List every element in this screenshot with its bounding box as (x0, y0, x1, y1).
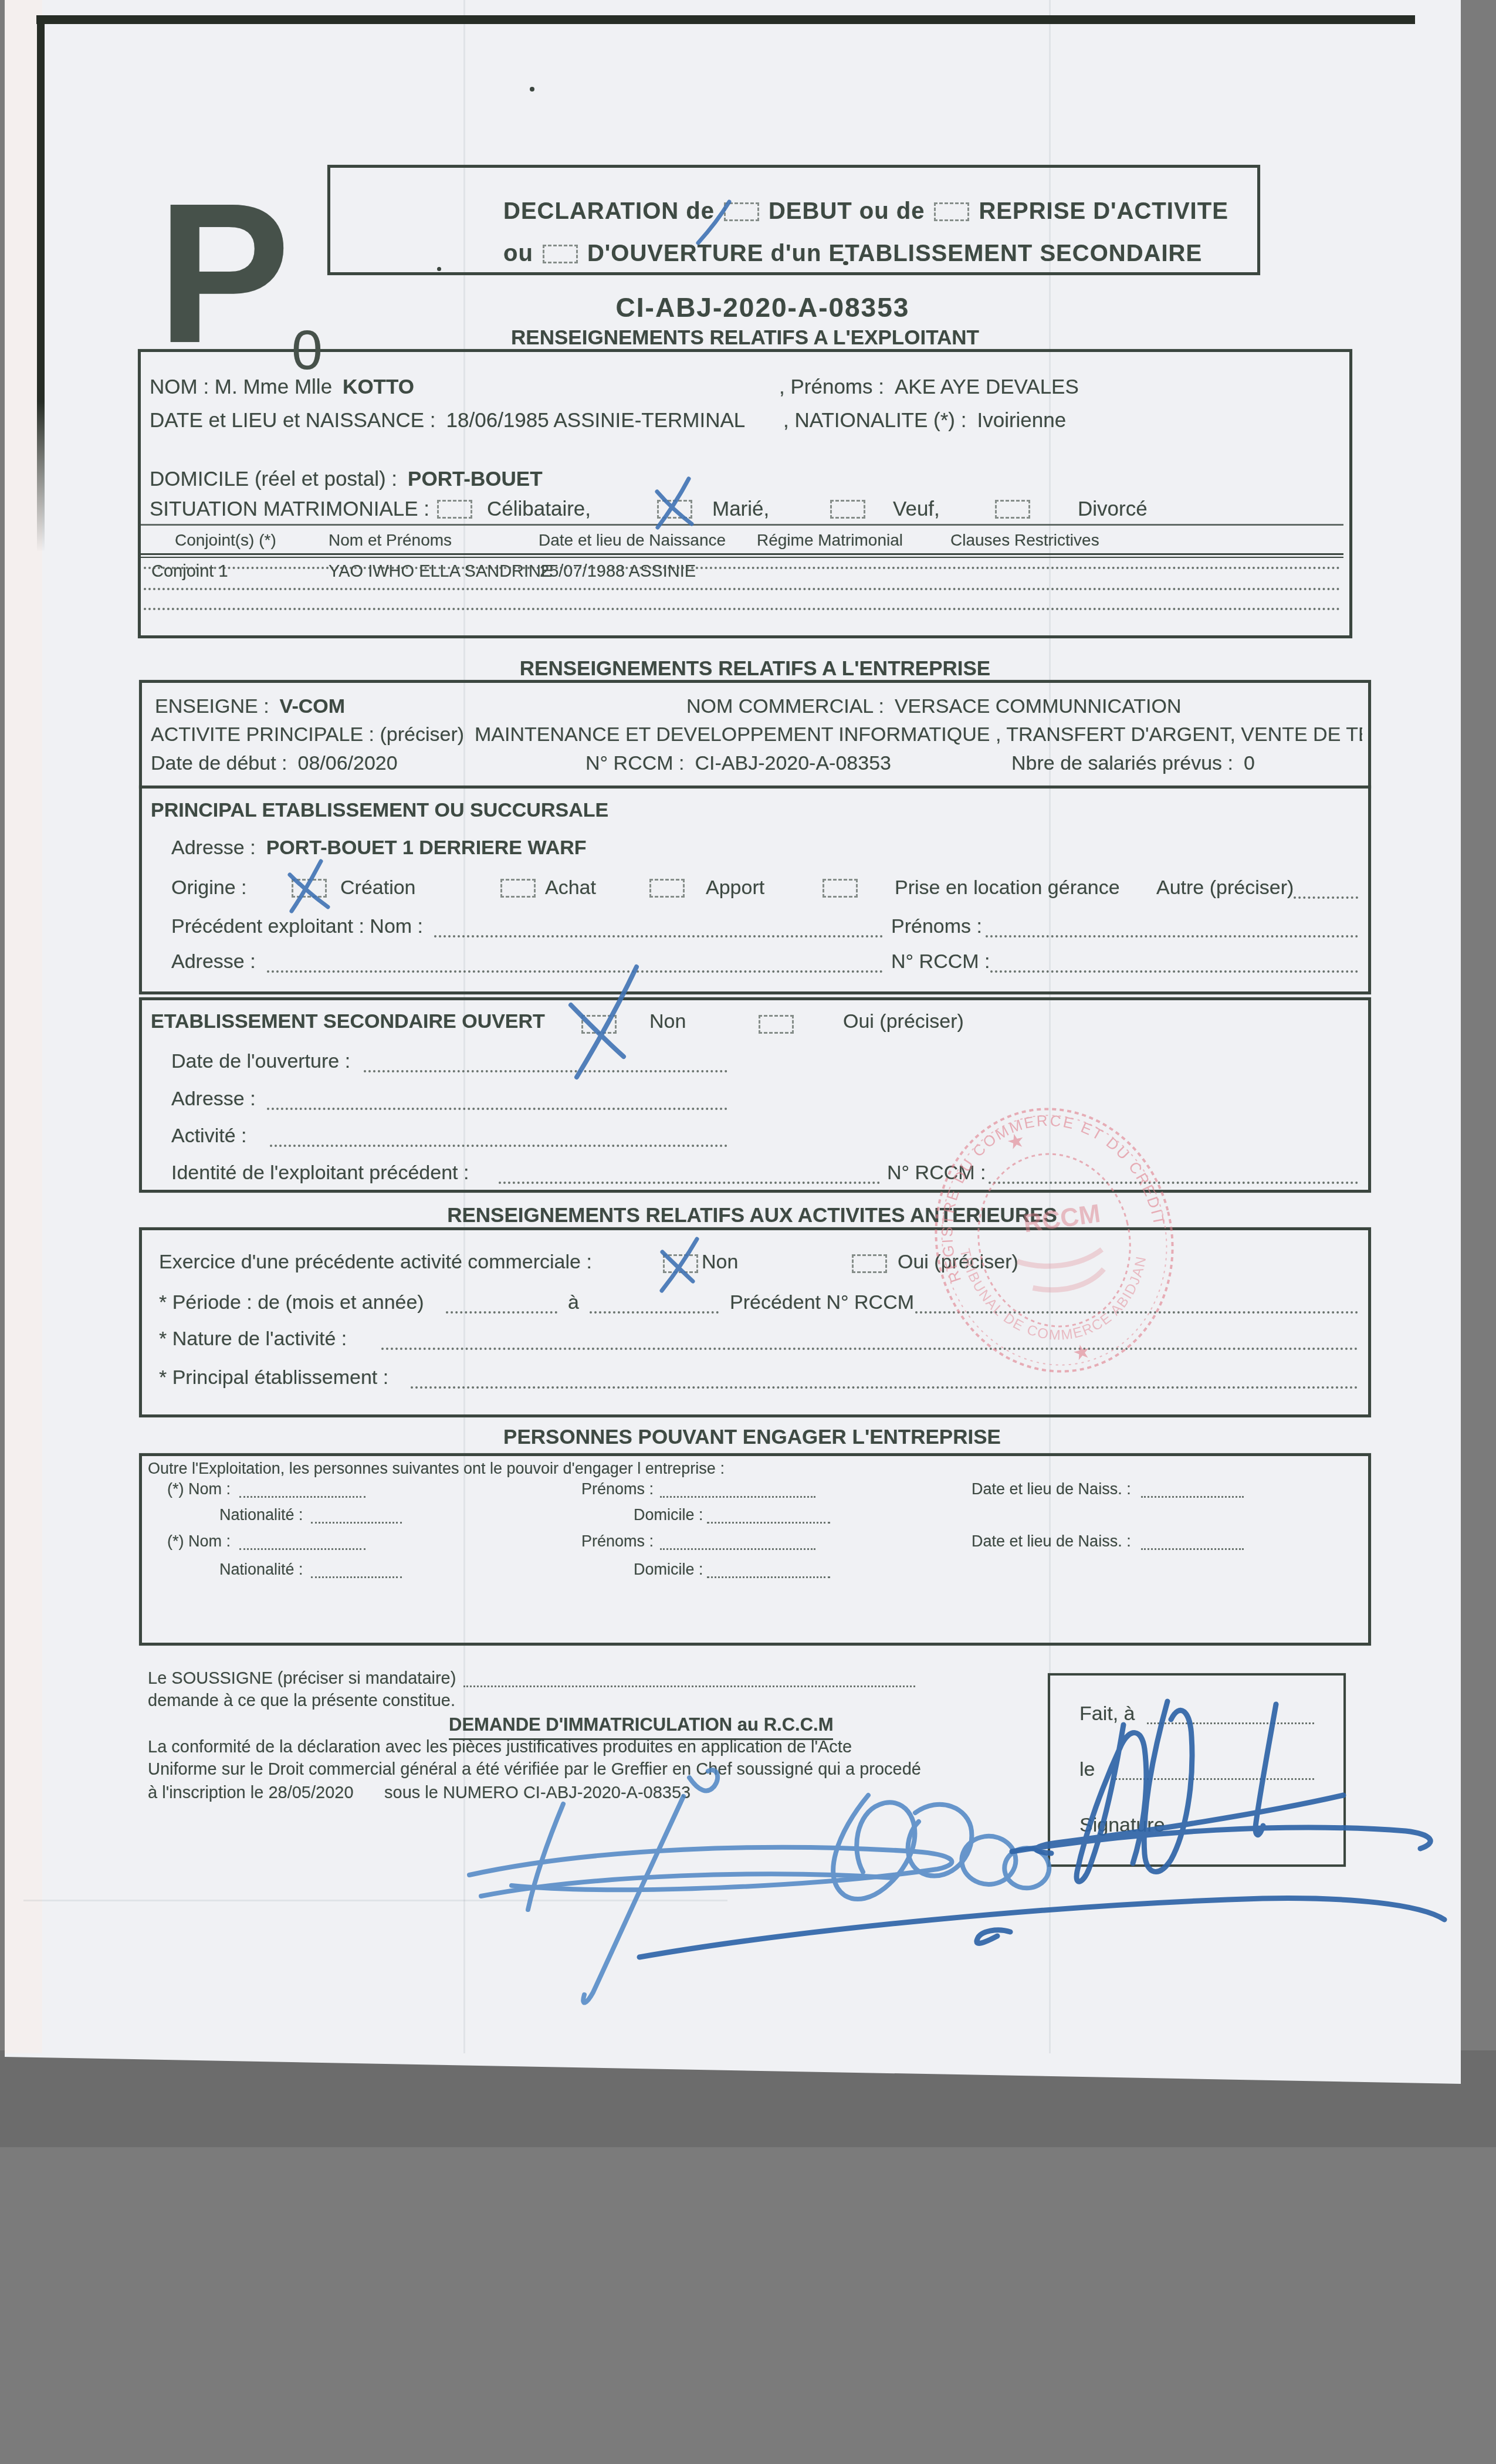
table-row-line (144, 588, 1341, 590)
rccm-line: N° RCCM :CI-ABJ-2020-A-08353 (585, 752, 891, 775)
rccm-value: CI-ABJ-2020-A-08353 (695, 752, 891, 774)
rccm4-label: N° RCCM : (887, 1162, 986, 1184)
option-celibataire: Célibataire, (487, 497, 591, 521)
table-row-line (144, 567, 1341, 569)
enseigne-line: ENSEIGNE :V-COM (155, 695, 345, 718)
table-rule-double (141, 553, 1343, 558)
checkbox-celibataire (437, 500, 472, 519)
declaration-line-1: DECLARATION deDEBUT ou deREPRISE D'ACTIV… (503, 198, 1228, 225)
nationalite-label: , NATIONALITE (*) : (783, 409, 966, 432)
rccm-label: N° RCCM : (585, 752, 684, 774)
inscription-numero: sous le NUMERO CI-ABJ-2020-A-08353 (384, 1783, 691, 1803)
checkbox-secondaire-oui (759, 1015, 794, 1034)
dotted-line (239, 1496, 365, 1498)
option-divorce: Divorcé (1078, 497, 1148, 521)
table-rule-top (141, 524, 1343, 526)
conjoint-row-birth: 25/07/1988 ASSINIE (540, 562, 696, 581)
activite-principale-label: ACTIVITE PRINCIPALE : (préciser) (151, 723, 464, 746)
conformite-line-2: Uniforme sur le Droit commercial général… (148, 1760, 921, 1779)
secondaire-oui-label: Oui (préciser) (843, 1010, 964, 1033)
option-achat: Achat (545, 876, 596, 899)
section-title-exploitant: RENSEIGNEMENTS RELATIFS A L'EXPLOITANT (138, 326, 1352, 350)
periode-label: * Période : de (mois et année) (159, 1291, 424, 1314)
p2-domicile-label: Domicile : (634, 1561, 703, 1579)
etablissement-secondaire-title: ETABLISSEMENT SECONDAIRE OUVERT (151, 1010, 545, 1033)
anterieure-oui-label: Oui (préciser) (898, 1251, 1018, 1274)
demande-constitue-label: demande à ce que la présente constitue. (148, 1691, 455, 1711)
paper-crease-horizontal (23, 1900, 727, 1901)
principal-etab-label: * Principal établissement : (159, 1366, 388, 1389)
dotted-line (1141, 1496, 1244, 1498)
rccm3-label: N° RCCM : (891, 950, 990, 973)
dotted-line (267, 970, 883, 973)
dotted-line (364, 1070, 727, 1072)
domicile-line: DOMICILE (réel et postal) :PORT-BOUET (150, 468, 543, 491)
p1-naiss-label: Date et lieu de Naiss. : (972, 1480, 1131, 1498)
section-title-personnes: PERSONNES POUVANT ENGAGER L'ENTREPRISE (139, 1426, 1365, 1449)
dotted-line (381, 1348, 1358, 1350)
dotted-line (990, 970, 1358, 973)
dotted-line (1147, 1722, 1314, 1724)
dotted-line (499, 1182, 880, 1184)
enseigne-value: V-COM (280, 695, 345, 717)
dotted-line (660, 1548, 815, 1550)
enseigne-label: ENSEIGNE : (155, 695, 269, 717)
dotted-line (434, 935, 883, 937)
checkbox-secondaire-non (581, 1015, 617, 1034)
dotted-line (707, 1522, 830, 1524)
personnes-intro: Outre l'Exploitation, les personnes suiv… (148, 1460, 725, 1478)
dotted-line (1141, 1548, 1244, 1550)
nature-label: * Nature de l'activité : (159, 1328, 347, 1351)
situation-label: SITUATION MATRIMONIALE : (150, 497, 429, 521)
conjoint-row-name: YAO IWHO ELLA SANDRINE (329, 562, 552, 581)
option-veuf: Veuf, (893, 497, 940, 521)
dotted-line (239, 1548, 365, 1550)
option-apport: Apport (706, 876, 764, 899)
checkbox-divorce (995, 500, 1030, 519)
table-row-line (144, 608, 1341, 610)
dotted-line (463, 1685, 915, 1687)
dotted-line (411, 1386, 1358, 1389)
nom-commercial-line: NOM COMMERCIAL :VERSACE COMMUNNICATION (686, 695, 1182, 718)
adresse-secondaire-label: Adresse : (171, 1088, 256, 1111)
p2-prenoms-label: Prénoms : (581, 1532, 654, 1551)
p1-domicile-label: Domicile : (634, 1506, 703, 1524)
dotted-line (311, 1576, 402, 1578)
conformite-line-1: La conformité de la déclaration avec les… (148, 1738, 852, 1757)
checkbox-marie (657, 500, 692, 519)
prenoms-line: , Prénoms :AKE AYE DEVALES (779, 375, 1079, 399)
option-creation: Création (340, 876, 416, 899)
th-conjoint: Conjoint(s) (*) (175, 531, 276, 550)
nom-line: NOM : M. Mme MlleKOTTO (150, 375, 414, 399)
le-label: le (1079, 1758, 1095, 1781)
section-title-anterieures: RENSEIGNEMENTS RELATIFS AUX ACTIVITES AN… (139, 1204, 1365, 1227)
inscription-date: à l'inscription le 28/05/2020 (148, 1783, 354, 1803)
precedent-exploitant-label: Précédent exploitant : Nom : (171, 915, 423, 938)
checkbox-apport (649, 879, 685, 898)
prenoms-value: AKE AYE DEVALES (895, 375, 1079, 398)
checkbox-achat (500, 879, 536, 898)
checkbox-ouverture (543, 245, 578, 263)
nom-value: KOTTO (343, 375, 414, 398)
dotted-line (986, 935, 1358, 937)
p1-prenoms-label: Prénoms : (581, 1480, 654, 1498)
dotted-line (989, 1182, 1358, 1184)
photocopy-border-left (37, 15, 45, 552)
naissance-value: 18/06/1985 ASSINIE-TERMINAL (446, 409, 746, 432)
ouverture-label: D'OUVERTURE d'un ETABLISSEMENT SECONDAIR… (587, 241, 1202, 266)
dotted-line (267, 1108, 727, 1110)
dotted-line (446, 1311, 557, 1314)
option-gerance: Prise en location gérance (895, 876, 1120, 899)
p1-nom-label: (*) Nom : (167, 1480, 231, 1498)
adresse-principal-line: Adresse :PORT-BOUET 1 DERRIERE WARF (171, 837, 587, 859)
dotted-line (915, 1311, 1358, 1314)
p1-nationalite-label: Nationalité : (219, 1506, 303, 1524)
dotted-line (660, 1496, 815, 1498)
th-regime: Régime Matrimonial (757, 531, 903, 550)
th-nom-prenoms: Nom et Prénoms (329, 531, 452, 550)
principal-etablissement-title: PRINCIPAL ETABLISSEMENT OU SUCCURSALE (151, 799, 608, 822)
signature-label: Signature (1079, 1814, 1165, 1837)
periode-a-label: à (568, 1291, 579, 1314)
p2-nom-label: (*) Nom : (167, 1532, 231, 1551)
dotted-line (1112, 1778, 1314, 1780)
checkbox-debut (724, 202, 759, 221)
adresse-value: PORT-BOUET 1 DERRIERE WARF (266, 837, 587, 859)
dotted-line (1294, 896, 1358, 899)
checkbox-veuf (830, 500, 865, 519)
nationalite-value: Ivoirienne (977, 409, 1066, 432)
activite-principale-line: ACTIVITE PRINCIPALE : (préciser)MAINTENA… (151, 723, 1362, 746)
date-debut-line: Date de début :08/06/2020 (151, 752, 398, 775)
soussigne-label: Le SOUSSIGNE (préciser si mandataire) (148, 1669, 456, 1688)
nom-label: NOM : M. Mme Mlle (150, 375, 332, 398)
activite-secondaire-label: Activité : (171, 1125, 246, 1148)
checkbox-reprise (934, 202, 969, 221)
th-clauses: Clauses Restrictives (950, 531, 1099, 550)
secondaire-non-label: Non (649, 1010, 686, 1033)
section-title-entreprise: RENSEIGNEMENTS RELATIFS A L'ENTREPRISE (139, 657, 1371, 681)
dotted-line (311, 1522, 402, 1524)
nom-commercial-value: VERSACE COMMUNNICATION (895, 695, 1182, 717)
precedent-rccm-label: Précédent N° RCCM (730, 1291, 914, 1314)
prenoms-label: , Prénoms : (779, 375, 884, 398)
dotted-line (590, 1311, 719, 1314)
conjoint-row-label: Conjoint 1 (151, 562, 228, 581)
fait-a-label: Fait, à (1079, 1703, 1135, 1725)
checkbox-location-gerance (823, 879, 858, 898)
dotted-line (270, 1145, 727, 1147)
option-autre: Autre (préciser) (1156, 876, 1294, 899)
date-debut-label: Date de début : (151, 752, 287, 774)
ink-speck (437, 267, 441, 271)
origine-label: Origine : (171, 876, 247, 899)
declaration-line-2: ouD'OUVERTURE d'un ETABLISSEMENT SECONDA… (503, 240, 1202, 267)
checkbox-creation (292, 879, 327, 898)
domicile-label: DOMICILE (réel et postal) : (150, 468, 397, 490)
p2-nationalite-label: Nationalité : (219, 1561, 303, 1579)
date-ouverture-label: Date de l'ouverture : (171, 1050, 350, 1073)
photocopy-border-top (36, 15, 1415, 24)
naissance-label: DATE et LIEU et NAISSANCE : (150, 409, 436, 432)
nom-commercial-label: NOM COMMERCIAL : (686, 695, 884, 717)
ou-label: ou (503, 241, 533, 266)
date-debut-value: 08/06/2020 (298, 752, 398, 774)
checkbox-anterieure-non (663, 1254, 698, 1273)
reprise-label: REPRISE D'ACTIVITE (979, 198, 1228, 224)
scanned-declaration-form: { "form": { "header": { "p": "P", "p_sub… (0, 0, 1496, 2464)
salaries-line: Nbre de salariés prévus :0 (1011, 752, 1255, 775)
declaration-label: DECLARATION de (503, 198, 715, 224)
exercice-label: Exercice d'une précédente activité comme… (159, 1251, 592, 1274)
identite-precedent-label: Identité de l'exploitant précédent : (171, 1162, 469, 1184)
adresse-label: Adresse : (171, 837, 256, 859)
nationalite-line: , NATIONALITE (*) :Ivoirienne (783, 409, 1066, 432)
domicile-value: PORT-BOUET (408, 468, 542, 490)
activite-principale-value: MAINTENANCE ET DEVELOPPEMENT INFORMATIQU… (475, 723, 1362, 746)
dotted-line (707, 1576, 830, 1578)
ink-speck (530, 87, 534, 92)
salaries-value: 0 (1244, 752, 1255, 774)
adresse2-label: Adresse : (171, 950, 256, 973)
debut-label: DEBUT ou de (769, 198, 925, 224)
naissance-line: DATE et LIEU et NAISSANCE :18/06/1985 AS… (150, 409, 745, 432)
option-marie: Marié, (712, 497, 769, 521)
checkbox-anterieure-oui (852, 1254, 887, 1273)
precedent-prenoms-label: Prénoms : (891, 915, 982, 938)
th-date-naissance: Date et lieu de Naissance (539, 531, 726, 550)
demande-immatriculation-title: DEMANDE D'IMMATRICULATION au R.C.C.M (449, 1714, 833, 1740)
reference-number: CI-ABJ-2020-A-08353 (329, 292, 1197, 323)
p2-naiss-label: Date et lieu de Naiss. : (972, 1532, 1131, 1551)
salaries-label: Nbre de salariés prévus : (1011, 752, 1233, 774)
anterieure-non-label: Non (702, 1251, 738, 1274)
